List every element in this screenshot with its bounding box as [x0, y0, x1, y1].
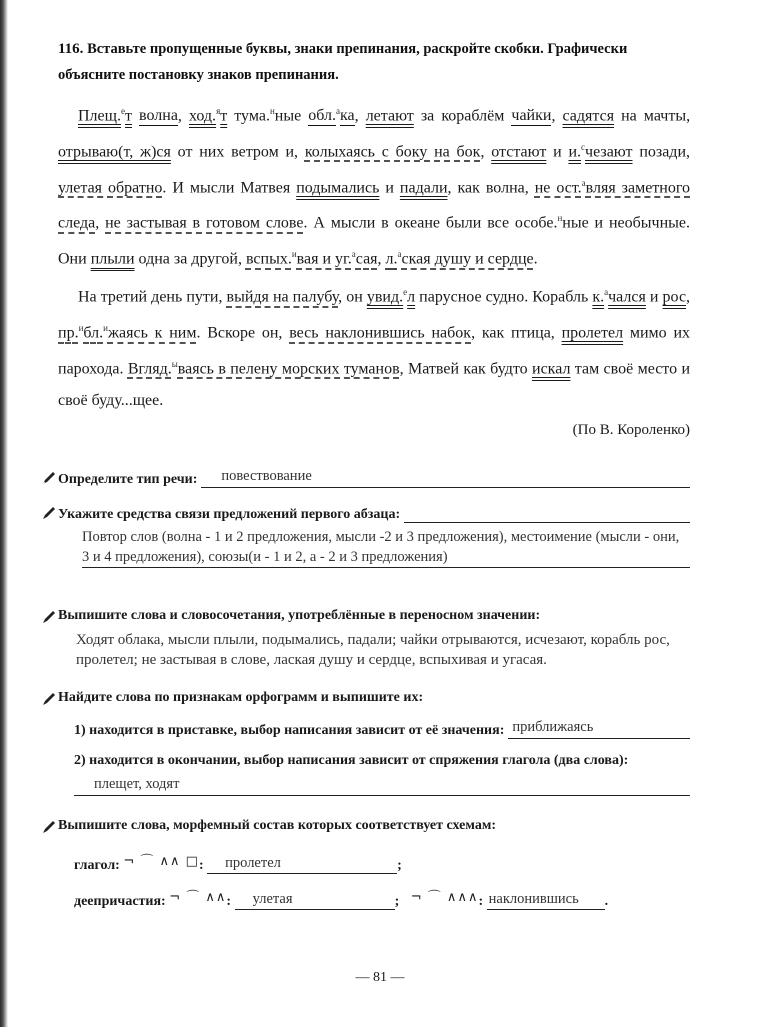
- orthogram-item-2-answer: плещет, ходят: [94, 776, 179, 793]
- subject-underline: ка: [340, 107, 355, 126]
- text-run: .: [534, 251, 538, 268]
- predicate-underline: подымались: [296, 179, 379, 196]
- gerund-label: деепричастия:: [74, 894, 166, 909]
- orthogram-item-2-field[interactable]: плещет, ходят: [74, 775, 690, 796]
- workbook-page: 116. Вставьте пропущенные буквы, знаки п…: [58, 36, 690, 910]
- gerund-2-morpheme-schema-icon: ¬ ⌒ ∧∧∧: [411, 886, 479, 905]
- figurative-answer[interactable]: Ходят облака, мысли плыли, подымались, п…: [76, 630, 690, 670]
- speech-type-answer-field[interactable]: повествование: [201, 469, 690, 488]
- morpheme-verb-row: глагол: ¬ ⌒ ∧∧ □: пролетел ;: [74, 850, 690, 874]
- speech-type-label: Определите тип речи:: [58, 472, 197, 488]
- predicate-underline: падали: [400, 179, 448, 196]
- text-run: и: [546, 143, 568, 160]
- predicate-underline: искал: [532, 360, 570, 377]
- text-run: и: [379, 179, 400, 196]
- speech-type-answer: повествование: [221, 468, 311, 485]
- predicate-underline: Плещ.: [78, 107, 121, 124]
- predicate-underline: отстают: [491, 143, 546, 160]
- exercise-paragraph-1: Плещ.ет волна, ход.ят тума.нные обл.ака,…: [58, 96, 690, 275]
- morphemes-label: Выпишите слова, морфемный состав которых…: [58, 818, 496, 833]
- morpheme-gerund-row: деепричастия: ¬ ⌒ ∧∧: улетая ; ¬ ⌒ ∧∧∧: …: [74, 886, 690, 910]
- source-attribution: (По В. Короленко): [58, 422, 690, 439]
- adverbial-underline: не застывая в готовом слове: [105, 215, 303, 232]
- predicate-underline: летают: [366, 107, 414, 124]
- text-run: ,: [686, 288, 690, 305]
- orthogram-item-1-label: 1) находится в приставке, выбор написани…: [74, 723, 504, 739]
- verb-answer-field[interactable]: пролетел: [207, 857, 397, 874]
- question-figurative: Выпишите слова и словосочетания, употреб…: [58, 608, 690, 624]
- sentence-links-label: Укажите средства связи предложений перво…: [58, 507, 400, 523]
- predicate-underline: л: [407, 288, 415, 305]
- task-instruction: Вставьте пропущенные буквы, знаки препин…: [58, 41, 627, 83]
- predicate-underline: чезают: [585, 143, 633, 160]
- adverbial-underline: Вгляд.: [128, 360, 172, 377]
- adverbial-underline: не ост.: [535, 179, 582, 196]
- text-run: . И мысли Матвея: [162, 179, 296, 196]
- text-run: ,: [551, 107, 562, 124]
- gerund-1-morpheme-schema-icon: ¬ ⌒ ∧∧: [169, 886, 226, 905]
- orthograms-label: Найдите слова по признакам орфограмм и в…: [58, 690, 423, 705]
- predicate-underline: плыли: [91, 251, 135, 268]
- pencil-icon: [42, 506, 56, 520]
- orthogram-item-1: 1) находится в приставке, выбор написани…: [74, 720, 690, 739]
- subject-underline: волна: [139, 107, 178, 126]
- verb-label: глагол:: [74, 858, 120, 873]
- text-run: парусное судно. Корабль: [415, 288, 592, 305]
- adverbial-underline: вспых.: [246, 251, 292, 268]
- question-sentence-links: Укажите средства связи предложений перво…: [58, 504, 690, 523]
- book-binding-edge: [0, 0, 8, 1027]
- adverbial-underline: улетая обратно: [58, 179, 162, 196]
- text-run: На третий день пути,: [78, 288, 227, 305]
- gerund-1-answer: улетая: [253, 891, 293, 908]
- question-orthograms: Найдите слова по признакам орфограмм и в…: [58, 690, 690, 706]
- predicate-underline: ход.: [189, 107, 216, 124]
- predicate-underline: т: [125, 107, 132, 124]
- gerund-1-answer-field[interactable]: улетая: [235, 893, 395, 910]
- text-run: . Вскоре он,: [196, 324, 289, 341]
- figurative-label: Выпишите слова и словосочетания, употреб…: [58, 608, 540, 623]
- adverbial-underline: ваясь в пелену морских туманов: [178, 360, 400, 377]
- predicate-underline: увид.: [367, 288, 403, 305]
- sentence-links-line[interactable]: [404, 504, 690, 523]
- exercise-paragraph-2: На третий день пути, выйдя на палубу, он…: [58, 277, 690, 416]
- adverbial-underline: сая: [356, 251, 378, 268]
- adverbial-underline: колыхаясь с боку на бок: [305, 143, 481, 160]
- text-run: тума.: [227, 107, 270, 124]
- predicate-underline: рос: [663, 288, 687, 305]
- predicate-underline: отрываю(т, ж)ся: [58, 143, 171, 160]
- predicate-underline: к.: [592, 288, 604, 305]
- text-run: и: [646, 288, 663, 305]
- text-run: [132, 107, 139, 124]
- verb-answer: пролетел: [225, 855, 281, 872]
- gerund-2-answer-field[interactable]: наклонившись: [487, 893, 605, 910]
- text-run: ,: [480, 143, 491, 160]
- text-run: , Матвей как будто: [400, 360, 532, 377]
- text-run: ,: [355, 107, 366, 124]
- text-run: , как птица,: [471, 324, 562, 341]
- subject-underline: чайки: [511, 107, 551, 126]
- predicate-underline: чался: [608, 288, 646, 305]
- adverbial-underline: весь наклонившись набок: [289, 324, 471, 341]
- text-run: ,: [178, 107, 189, 124]
- text-run: от них ветром и,: [171, 143, 305, 160]
- adverbial-underline: вая и уг.: [297, 251, 352, 268]
- text-run: ,: [95, 215, 105, 232]
- predicate-underline: и.: [568, 143, 581, 160]
- text-run: , как волна,: [448, 179, 535, 196]
- text-run: за кораблём: [414, 107, 512, 124]
- pencil-icon: [42, 471, 56, 485]
- text-run: на мачты,: [614, 107, 690, 124]
- orthogram-item-1-field[interactable]: приближаясь: [508, 720, 690, 739]
- orthogram-item-1-answer: приближаясь: [512, 719, 593, 736]
- predicate-underline: пролетел: [562, 324, 624, 341]
- task-header: 116. Вставьте пропущенные буквы, знаки п…: [58, 36, 690, 88]
- adverbial-underline: л.: [386, 251, 398, 268]
- verb-morpheme-schema-icon: ¬ ⌒ ∧∧ □: [123, 850, 199, 869]
- text-run: . А мысли в океане были все особе.: [304, 215, 558, 232]
- adverbial-underline: жаясь к ним: [108, 324, 197, 341]
- predicate-underline: садятся: [563, 107, 615, 124]
- subject-underline: обл.: [308, 107, 336, 126]
- gerund-2-answer: наклонившись: [489, 891, 579, 908]
- adverbial-underline: выйдя на палубу: [227, 288, 339, 305]
- pencil-icon: [42, 610, 56, 624]
- text-run: ные: [275, 107, 308, 124]
- adverbial-underline: бл.: [83, 324, 103, 341]
- pencil-icon: [42, 820, 56, 834]
- text-run: одна за другой,: [135, 251, 246, 268]
- text-run: , он: [338, 288, 367, 305]
- sentence-links-answer[interactable]: Повтор слов (волна - 1 и 2 предложения, …: [82, 527, 690, 568]
- orthogram-item-2-label: 2) находится в окончании, выбор написани…: [74, 753, 690, 769]
- question-speech-type: Определите тип речи: повествование: [58, 469, 690, 488]
- adverbial-underline: ская душу и сердце: [402, 251, 534, 268]
- question-morphemes: Выпишите слова, морфемный состав которых…: [58, 818, 690, 834]
- adverbial-underline: пр.: [58, 324, 79, 341]
- pencil-icon: [42, 692, 56, 706]
- page-number: — 81 —: [0, 970, 760, 986]
- task-number: 116.: [58, 41, 83, 57]
- text-run: позади,: [633, 143, 690, 160]
- text-run: ,: [378, 251, 386, 268]
